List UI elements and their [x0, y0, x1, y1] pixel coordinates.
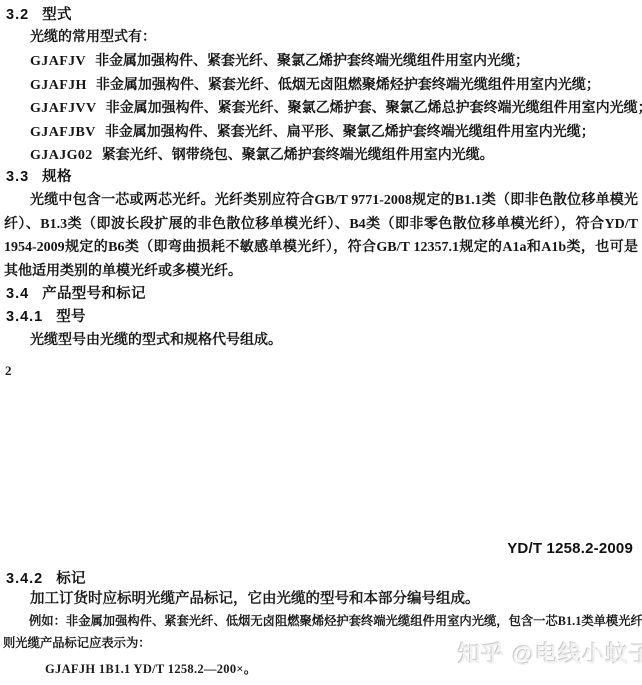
- marking-paragraph: 加工订货时应标明光缆产品标记，它由光缆的型号和本部分编号组成。: [30, 590, 480, 608]
- page-number: 2: [5, 363, 12, 379]
- section-number: 3.4.1: [6, 309, 43, 325]
- section-title: 标记: [56, 571, 86, 587]
- section-number: 3.3: [6, 169, 29, 185]
- model-paragraph: 光缆型号由光缆的型式和规格代号组成。: [30, 332, 282, 350]
- spec-paragraph-line: 其他适用类别的单模光纤或多模光纤。: [4, 263, 638, 281]
- section-title: 型式: [42, 7, 72, 23]
- section-heading-3-4: 3.4产品型号和标记: [6, 285, 146, 303]
- spec-paragraph-line: 光缆中包含一芯或两芯光纤。光纤类别应符合GB/T 9771-2008规定的B1.…: [4, 192, 638, 210]
- cable-type-row: GJAFJH非金属加强构件、紧套光纤、低烟无卤阻燃聚烯烃护套终端光缆组件用室内光…: [30, 77, 600, 95]
- example-paragraph-line: 则光缆产品标记应表示为：: [3, 636, 151, 651]
- section-title: 型号: [56, 309, 86, 325]
- cable-type-row: GJAFJVV非金属加强构件、紧套光纤、聚氯乙烯护套、聚氯乙烯总护套终端光缆组件…: [30, 100, 642, 118]
- cable-type-code: GJAJG02: [30, 148, 93, 163]
- cable-type-row: GJAJG02紧套光纤、钢带绕包、聚氯乙烯护套终端光缆组件用室内光缆。: [30, 147, 494, 165]
- section-number: 3.4.2: [6, 571, 43, 587]
- running-header: YD/T 1258.2-2009: [507, 540, 633, 559]
- cable-type-desc: 紧套光纤、钢带绕包、聚氯乙烯护套终端光缆组件用室内光缆。: [102, 148, 494, 163]
- cable-type-desc: 非金属加强构件、紧套光纤、聚氯乙烯护套终端光缆组件用室内光缆；: [95, 54, 529, 69]
- cable-type-code: GJAFJH: [30, 78, 87, 93]
- cable-type-code: GJAFJVV: [30, 101, 97, 116]
- section-heading-3-3: 3.3规格: [6, 168, 72, 186]
- section-number: 3.4: [6, 286, 29, 302]
- example-marking: GJAFJH 1B1.1 YD/T 1258.2—200×。: [45, 662, 257, 678]
- watermark: 知乎 @电线小蚊子: [458, 641, 642, 669]
- section-title: 规格: [42, 169, 72, 185]
- section-heading-3-4-1: 3.4.1型号: [6, 308, 86, 326]
- section-heading-3-2: 3.2型式: [6, 6, 72, 24]
- cable-type-desc: 非金属加强构件、紧套光纤、扁平形、聚氯乙烯护套终端光缆组件用室内光缆；: [105, 125, 595, 140]
- document-page: 3.2型式 光缆的常用型式有： GJAFJV非金属加强构件、紧套光纤、聚氯乙烯护…: [0, 0, 642, 685]
- cable-type-row: GJAFJV非金属加强构件、紧套光纤、聚氯乙烯护套终端光缆组件用室内光缆；: [30, 53, 529, 71]
- intro-line: 光缆的常用型式有：: [30, 29, 156, 47]
- cable-type-code: GJAFJBV: [30, 125, 96, 140]
- section-number: 3.2: [6, 7, 29, 23]
- spec-paragraph-line: 1954-2009规定的B6类（即弯曲损耗不敏感单模光纤），符合GB/T 123…: [4, 239, 638, 257]
- section-heading-3-4-2: 3.4.2标记: [6, 570, 86, 588]
- cable-type-row: GJAFJBV非金属加强构件、紧套光纤、扁平形、聚氯乙烯护套终端光缆组件用室内光…: [30, 124, 595, 142]
- cable-type-desc: 非金属加强构件、紧套光纤、低烟无卤阻燃聚烯烃护套终端光缆组件用室内光缆；: [96, 78, 600, 93]
- cable-type-desc: 非金属加强构件、紧套光纤、聚氯乙烯护套、聚氯乙烯总护套终端光缆组件用室内光缆；: [106, 101, 642, 116]
- cable-type-code: GJAFJV: [30, 54, 86, 69]
- section-title: 产品型号和标记: [42, 286, 146, 302]
- spec-paragraph-line: 纤）、B1.3类（即波长段扩展的非色散位移单模光纤）、B4类（即非零色散位移单模…: [4, 216, 638, 234]
- example-paragraph-line: 例如：非金属加强构件、紧套光纤、低烟无卤阻燃聚烯烃护套终端光缆组件用室内光缆，包…: [3, 614, 639, 629]
